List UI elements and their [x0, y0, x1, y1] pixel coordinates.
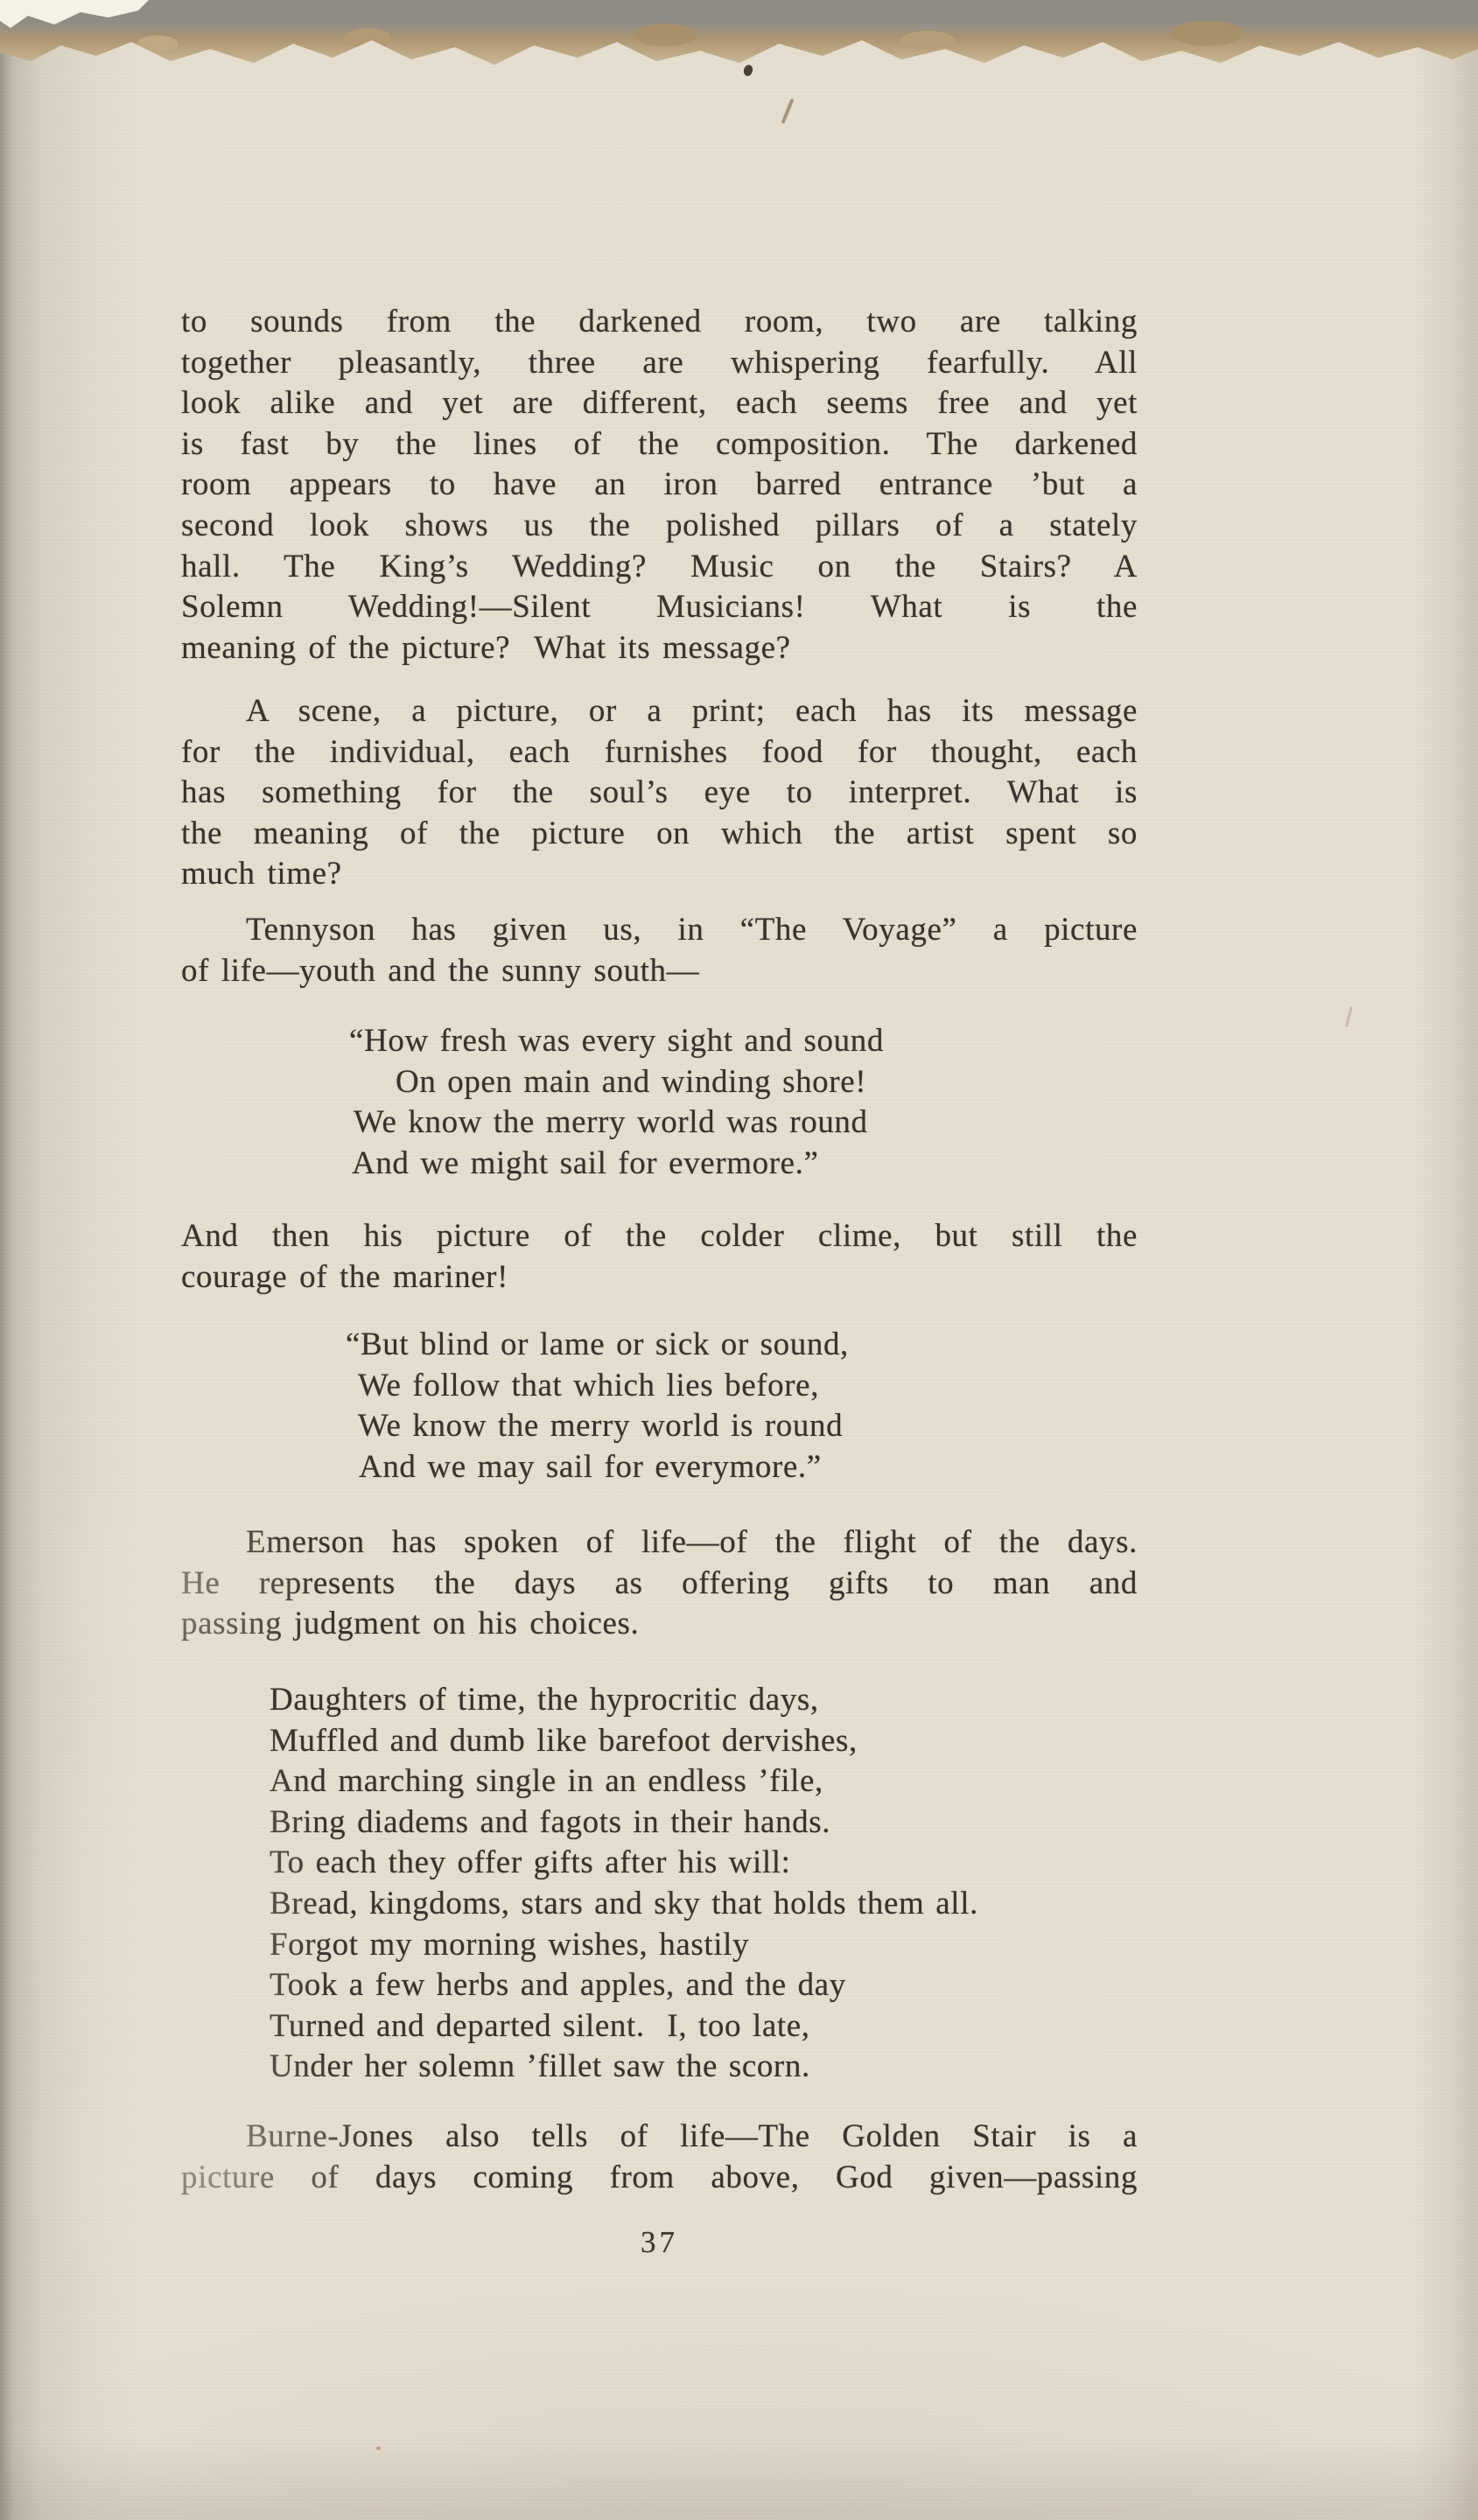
text-line: meaning of the picture? What its message… — [181, 628, 1138, 669]
tennyson-verse-1: “How fresh was every sight and sound On … — [181, 1021, 1138, 1184]
paragraph-colder-clime: And then his picture of the colder clime… — [181, 1216, 1138, 1298]
paragraph-tennyson: Tennyson has given us, in “The Voyage” a… — [181, 910, 1138, 991]
text-line: to sounds from the darkened room, two ar… — [181, 302, 1138, 343]
verse-line: We follow that which lies before, — [181, 1366, 1138, 1407]
verse-line: And marching single in an endless ’file, — [181, 1761, 1138, 1802]
paragraph-emerson: Emerson has spoken of life—of the flight… — [181, 1522, 1138, 1645]
text-line: A scene, a picture, or a print; each has… — [181, 691, 1138, 732]
page-paper: to sounds from the darkened room, two ar… — [0, 0, 1478, 2520]
text-line: courage of the mariner! — [181, 1257, 1138, 1298]
text-line: hall. The King’s Wedding? Music on the S… — [181, 547, 1138, 588]
verse-line: Under her solemn ’fillet saw the scorn. — [181, 2047, 1138, 2088]
tennyson-verse-2: “But blind or lame or sick or sound, We … — [181, 1325, 1138, 1487]
text-line: for the individual, each furnishes food … — [181, 732, 1138, 773]
text-line: Tennyson has given us, in “The Voyage” a… — [181, 910, 1138, 951]
emerson-verse-days: Daughters of time, the hyprocritic days,… — [181, 1680, 1138, 2088]
text-line: He represents the days as offering gifts… — [181, 1564, 1138, 1605]
page-number: 37 — [181, 2222, 1138, 2264]
paragraph-burne-jones: Burne-Jones also tells of life—The Golde… — [181, 2117, 1138, 2198]
text-line: the meaning of the picture on which the … — [181, 814, 1138, 855]
text-line: together pleasantly, three are whisperin… — [181, 343, 1138, 384]
paragraph-a-scene: A scene, a picture, or a print; each has… — [181, 691, 1138, 895]
verse-line: Turned and departed silent. I, too late, — [181, 2006, 1138, 2047]
verse-line: On open main and winding shore! — [181, 1062, 1138, 1103]
text-line: second look shows us the polished pillar… — [181, 506, 1138, 547]
text-column: to sounds from the darkened room, two ar… — [181, 0, 1138, 2520]
text-line: room appears to have an iron barred entr… — [181, 465, 1138, 506]
text-line: much time? — [181, 854, 1138, 895]
text-line: look alike and yet are different, each s… — [181, 383, 1138, 424]
text-line: picture of days coming from above, God g… — [181, 2158, 1138, 2199]
verse-line: “How fresh was every sight and sound — [181, 1021, 1138, 1062]
verse-line: Muffled and dumb like barefoot dervishes… — [181, 1721, 1138, 1762]
text-line: Emerson has spoken of life—of the flight… — [181, 1522, 1138, 1564]
verse-line: To each they offer gifts after his will: — [181, 1843, 1138, 1884]
verse-line: “But blind or lame or sick or sound, — [181, 1325, 1138, 1366]
verse-line: And we might sail for evermore.” — [181, 1144, 1138, 1185]
text-line: of life—youth and the sunny south— — [181, 951, 1138, 992]
verse-line: We know the merry world was round — [181, 1102, 1138, 1144]
text-line: Burne-Jones also tells of life—The Golde… — [181, 2117, 1138, 2158]
text-line: is fast by the lines of the composition.… — [181, 424, 1138, 465]
text-line: has something for the soul’s eye to inte… — [181, 773, 1138, 814]
verse-line: And we may sail for everymore.” — [181, 1447, 1138, 1488]
verse-line: We know the merry world is round — [181, 1406, 1138, 1447]
verse-line: Took a few herbs and apples, and the day — [181, 1965, 1138, 2006]
verse-line: Bread, kingdoms, stars and sky that hold… — [181, 1884, 1138, 1925]
text-line: Solemn Wedding!—Silent Musicians! What i… — [181, 587, 1138, 628]
scanned-book-page: to sounds from the darkened room, two ar… — [0, 0, 1478, 2520]
verse-line: Bring diadems and fagots in their hands. — [181, 1802, 1138, 1844]
text-line: And then his picture of the colder clime… — [181, 1216, 1138, 1257]
paragraph-continuation: to sounds from the darkened room, two ar… — [181, 302, 1138, 668]
text-line: passing judgment on his choices. — [181, 1604, 1138, 1645]
verse-line: Forgot my morning wishes, hastily — [181, 1925, 1138, 1966]
verse-line: Daughters of time, the hyprocritic days, — [181, 1680, 1138, 1721]
